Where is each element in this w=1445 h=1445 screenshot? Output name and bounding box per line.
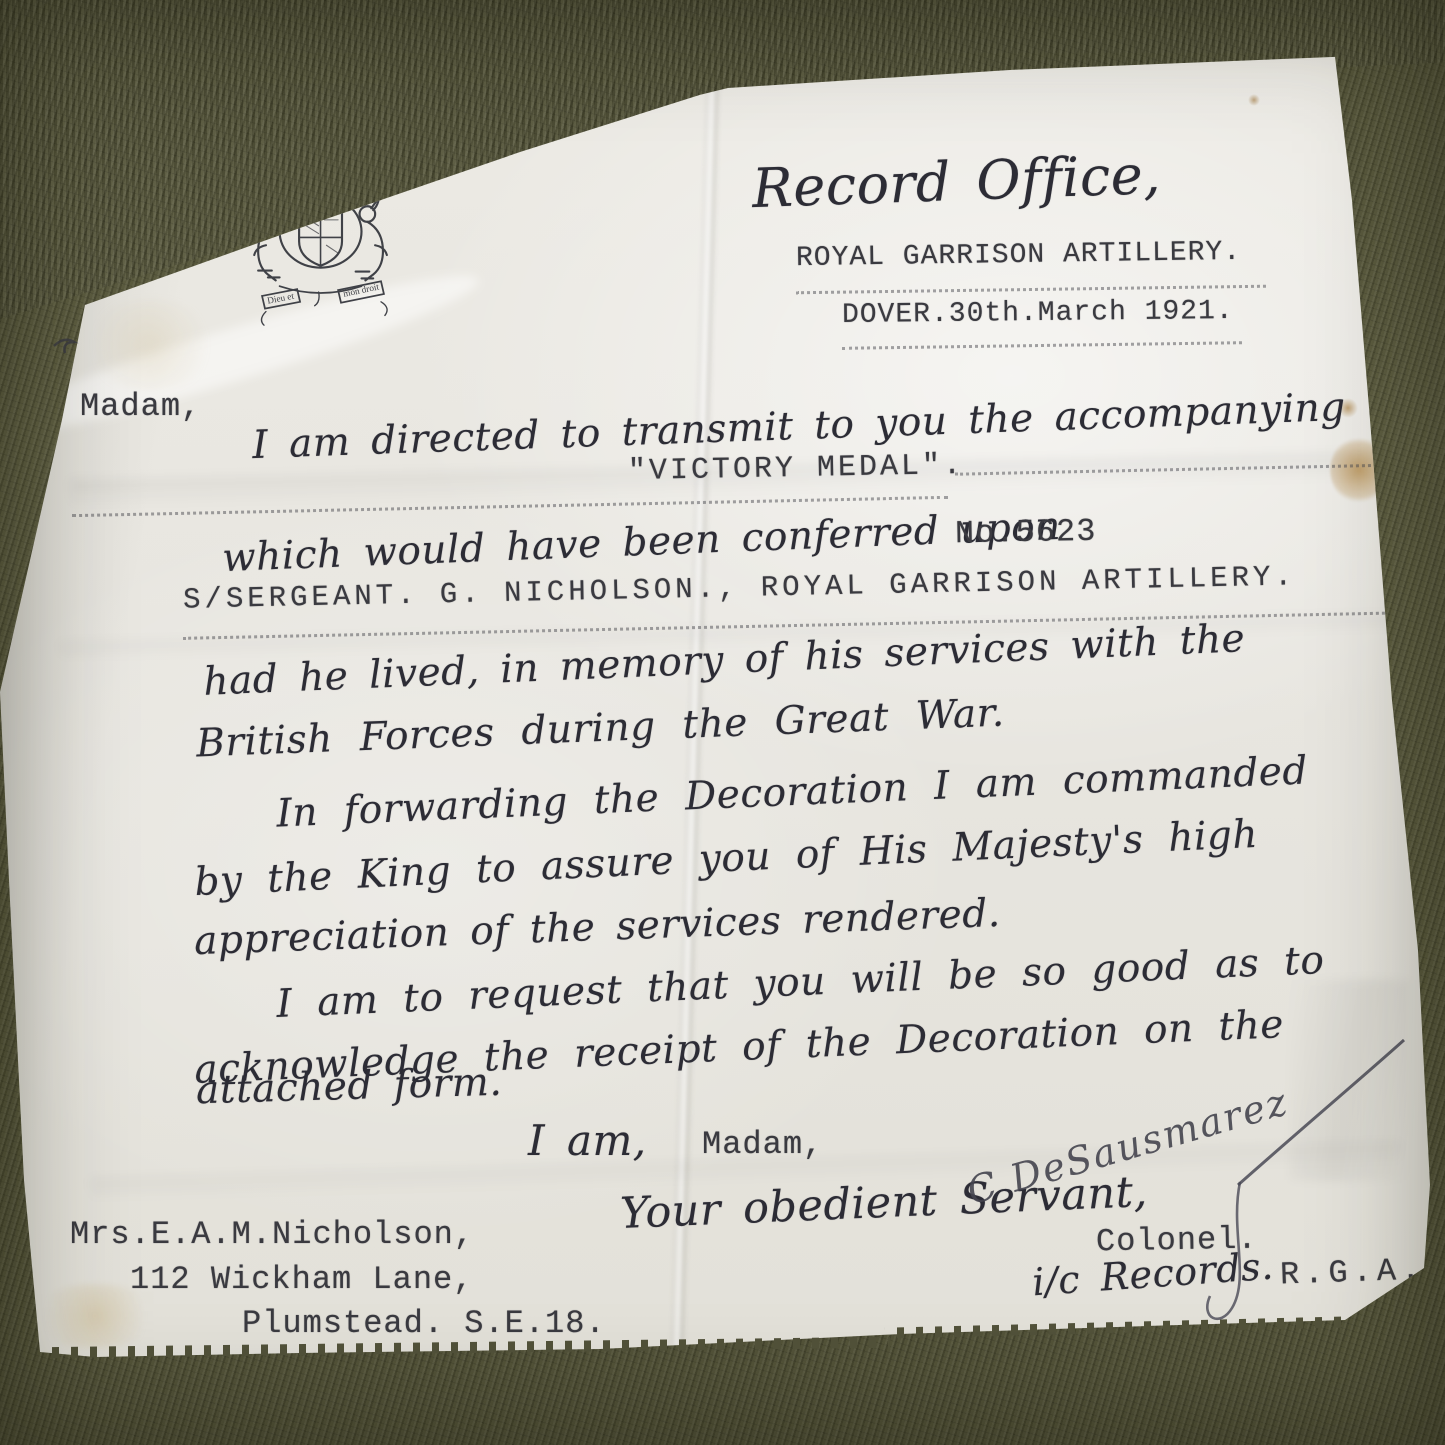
crest-motto-right: mon droit [342,282,380,299]
dotted-rule [796,285,1266,295]
crease-shadow [1290,980,1410,1180]
body-line-request-3: attached form. [195,1060,502,1114]
body-line-memory-1: had he lived, in memory of his services … [203,616,1247,705]
victory-medal-line: "VICTORY MEDAL". [628,449,965,489]
address-line-1: Mrs.E.A.M.Nicholson, [70,1216,474,1253]
dotted-rule [955,463,1407,475]
dotted-rule [842,341,1242,350]
address-line-3: Plumstead. S.E.18. [242,1305,606,1342]
stain [1330,436,1388,504]
salutation: Madam, [80,388,201,425]
regiment-heading: ROYAL GARRISON ARTILLERY. [796,237,1241,274]
place-date-line: DOVER.30th.March 1921. [842,296,1234,331]
stain [80,300,220,390]
record-office-heading: Record Office, [751,143,1162,220]
ic-records-line: i/c Records. [1031,1244,1275,1305]
rga-line: R.G.A. [1279,1251,1425,1293]
photo-of-letter: Dieu et mon droit Record Office, ROYAL G… [0,0,1445,1445]
body-line-memory-2: British Forces during the Great War. [195,690,1005,766]
service-number: No.5623 [955,513,1097,552]
closing-i-am: I am, [528,1116,647,1165]
closing-madam: Madam, [702,1126,823,1163]
stain [1248,94,1260,106]
body-line-king-3: appreciation of the services rendered. [193,891,1001,964]
address-line-2: 112 Wickham Lane, [130,1261,473,1298]
ink-mark [54,340,74,353]
